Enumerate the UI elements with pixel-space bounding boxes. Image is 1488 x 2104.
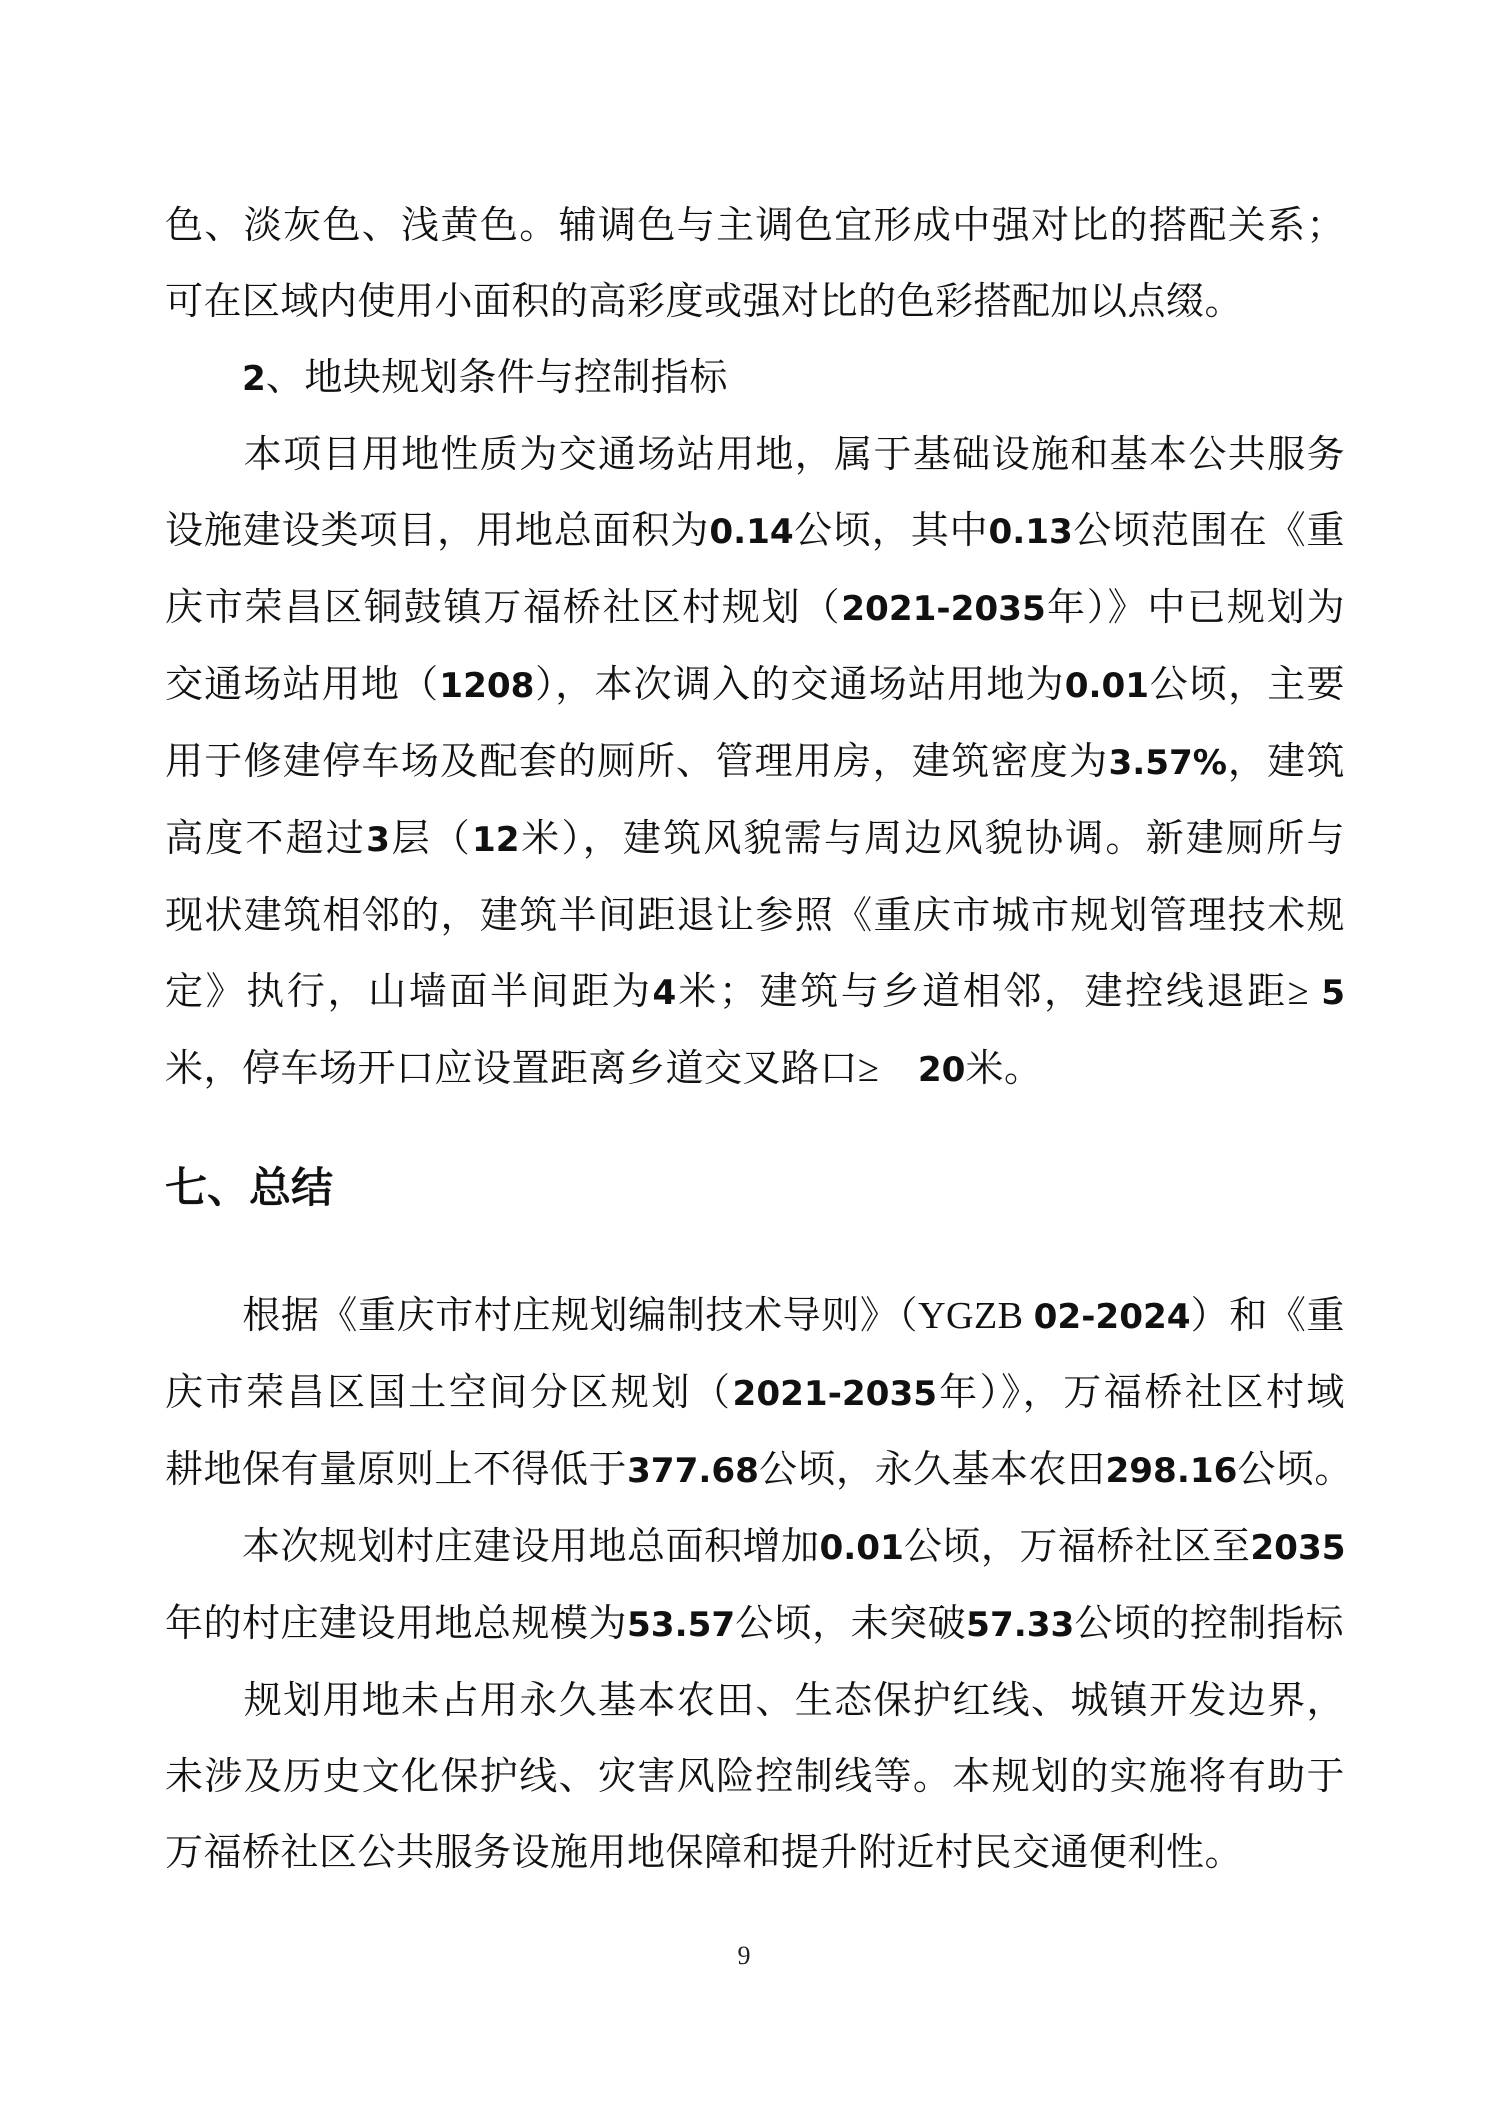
- document-body: 色、淡灰色、浅黄色。辅调色与主调色宜形成中强对比的搭配关系；可在区域内使用小面积…: [0, 0, 1488, 1891]
- text-line: 2、地块规划条件与控制指标: [165, 340, 1345, 417]
- text-line: 色、淡灰色、浅黄色。辅调色与主调色宜形成中强对比的搭配关系；: [165, 188, 1345, 264]
- text-line: 交通场站用地（1208），本次调入的交通场站用地为0.01公顷，主要: [165, 647, 1345, 724]
- paragraph-summary-farmland: 根据《重庆市村庄规划编制技术导则》（YGZB 02-2024）和《重庆市荣昌区国…: [165, 1278, 1345, 1509]
- text-line: 根据《重庆市村庄规划编制技术导则》（YGZB 02-2024）和《重: [165, 1278, 1345, 1355]
- text-line: 庆市荣昌区铜鼓镇万福桥社区村规划（2021-2035年）》中已规划为: [165, 570, 1345, 647]
- paragraph-color-scheme: 色、淡灰色、浅黄色。辅调色与主调色宜形成中强对比的搭配关系；可在区域内使用小面积…: [165, 188, 1345, 340]
- page-number: 9: [738, 1941, 751, 1970]
- text-line: 可在区域内使用小面积的高彩度或强对比的色彩搭配加以点缀。: [165, 264, 1345, 340]
- paragraph-summary-protection-lines: 规划用地未占用永久基本农田、生态保护红线、城镇开发边界，未涉及历史文化保护线、灾…: [165, 1663, 1345, 1891]
- text-line: 年的村庄建设用地总规模为53.57公顷，未突破57.33公顷的控制指标。: [165, 1586, 1345, 1663]
- section-heading-summary: 七、总结: [165, 1148, 1345, 1228]
- text-line: 规划用地未占用永久基本农田、生态保护红线、城镇开发边界，: [165, 1663, 1345, 1739]
- subheading-plot-planning-conditions: 2、地块规划条件与控制指标: [165, 340, 1345, 417]
- text-line: 庆市荣昌区国土空间分区规划（2021-2035年）》，万福桥社区村域: [165, 1355, 1345, 1432]
- document-page: 色、淡灰色、浅黄色。辅调色与主调色宜形成中强对比的搭配关系；可在区域内使用小面积…: [0, 0, 1488, 2104]
- text-line: 定》执行，山墙面半间距为4米；建筑与乡道相邻，建控线退距≥ 5: [165, 954, 1345, 1031]
- text-line: 本项目用地性质为交通场站用地，属于基础设施和基本公共服务: [165, 417, 1345, 493]
- page-footer: 9: [0, 1941, 1488, 1971]
- paragraph-plot-conditions-detail: 本项目用地性质为交通场站用地，属于基础设施和基本公共服务设施建设类项目，用地总面…: [165, 417, 1345, 1108]
- text-line: 米，停车场开口应设置距离乡道交叉路口≥ 20米。: [165, 1031, 1345, 1108]
- text-line: 耕地保有量原则上不得低于377.68公顷，永久基本农田298.16公顷。: [165, 1432, 1345, 1509]
- text-line: 设施建设类项目，用地总面积为0.14公顷，其中0.13公顷范围在《重: [165, 493, 1345, 570]
- text-line: 万福桥社区公共服务设施用地保障和提升附近村民交通便利性。: [165, 1815, 1345, 1891]
- text-line: 现状建筑相邻的，建筑半间距退让参照《重庆市城市规划管理技术规: [165, 878, 1345, 954]
- text-line: 未涉及历史文化保护线、灾害风险控制线等。本规划的实施将有助于: [165, 1739, 1345, 1815]
- text-line: 高度不超过3层（12米），建筑风貌需与周边风貌协调。新建厕所与: [165, 801, 1345, 878]
- text-line: 本次规划村庄建设用地总面积增加0.01公顷，万福桥社区至2035: [165, 1509, 1345, 1586]
- text-line: 用于修建停车场及配套的厕所、管理用房，建筑密度为3.57%，建筑: [165, 724, 1345, 801]
- paragraph-summary-construction-land: 本次规划村庄建设用地总面积增加0.01公顷，万福桥社区至2035年的村庄建设用地…: [165, 1509, 1345, 1663]
